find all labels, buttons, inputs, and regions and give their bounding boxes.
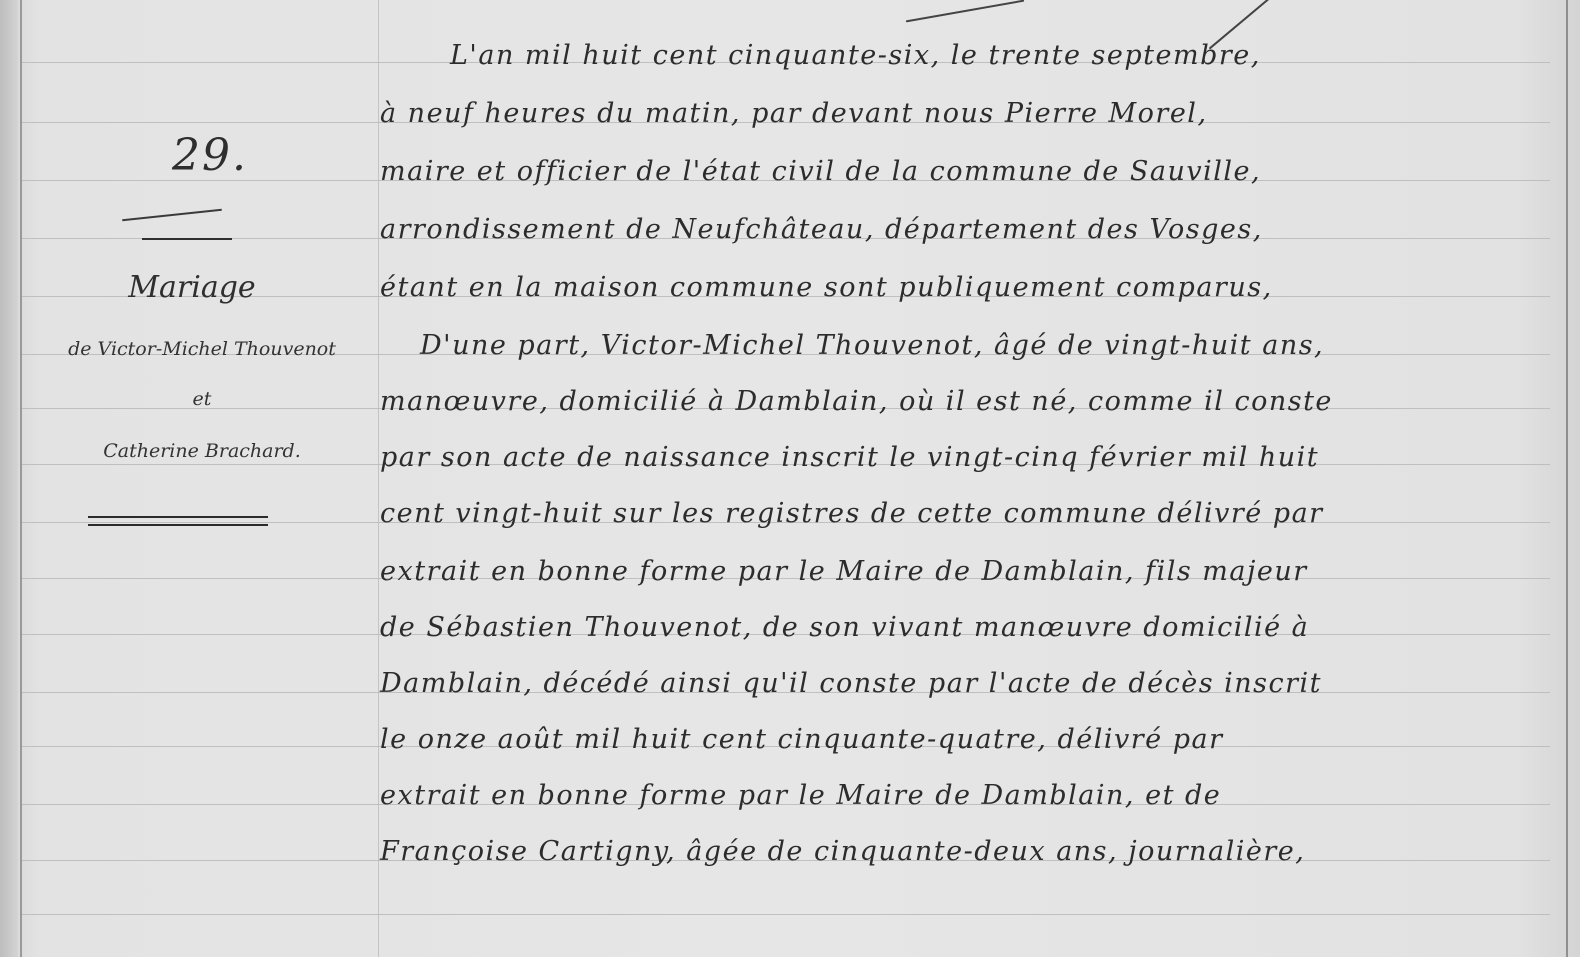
body-line: Françoise Cartigny, âgée de cinquante-de…: [380, 836, 1560, 867]
body-line: D'une part, Victor-Michel Thouvenot, âgé…: [420, 330, 1560, 361]
right-page-border: [1566, 0, 1568, 957]
body-line: cent vingt-huit sur les registres de cet…: [380, 498, 1560, 529]
body-line: Damblain, décédé ainsi qu'il conste par …: [380, 668, 1560, 699]
body-line: arrondissement de Neufchâteau, départeme…: [380, 214, 1560, 245]
margin-divider-line: [378, 0, 379, 957]
body-line: extrait en bonne forme par le Maire de D…: [380, 780, 1560, 811]
body-line: de Sébastien Thouvenot, de son vivant ma…: [380, 612, 1560, 643]
margin-double-rule: [88, 516, 268, 526]
body-line: manœuvre, domicilié à Damblain, où il es…: [380, 386, 1560, 417]
body-line: à neuf heures du matin, par devant nous …: [380, 98, 1560, 129]
body-line: maire et officier de l'état civil de la …: [380, 156, 1560, 187]
act-number: 29.: [172, 130, 248, 181]
body-line: le onze août mil huit cent cinquante-qua…: [380, 724, 1560, 755]
body-line: par son acte de naissance inscrit le vin…: [380, 442, 1560, 473]
register-page: 29. Mariage de Victor-Michel Thouvenot e…: [0, 0, 1580, 957]
margin-groom-name: de Victor-Michel Thouvenot: [22, 338, 382, 360]
margin-conjunction: et: [22, 388, 382, 410]
separator-rule: [142, 238, 232, 240]
margin-title: Mariage: [82, 270, 302, 305]
act-body: L'an mil huit cent cinquante-six, le tre…: [380, 0, 1560, 957]
margin-bride-name: Catherine Brachard.: [22, 440, 382, 462]
act-number-underline: [122, 209, 222, 221]
body-line: extrait en bonne forme par le Maire de D…: [380, 556, 1560, 587]
margin-column: 29. Mariage de Victor-Michel Thouvenot e…: [22, 0, 378, 957]
body-line: étant en la maison commune sont publique…: [380, 272, 1560, 303]
page-binding-edge: [0, 0, 18, 957]
body-line: L'an mil huit cent cinquante-six, le tre…: [450, 40, 1560, 71]
